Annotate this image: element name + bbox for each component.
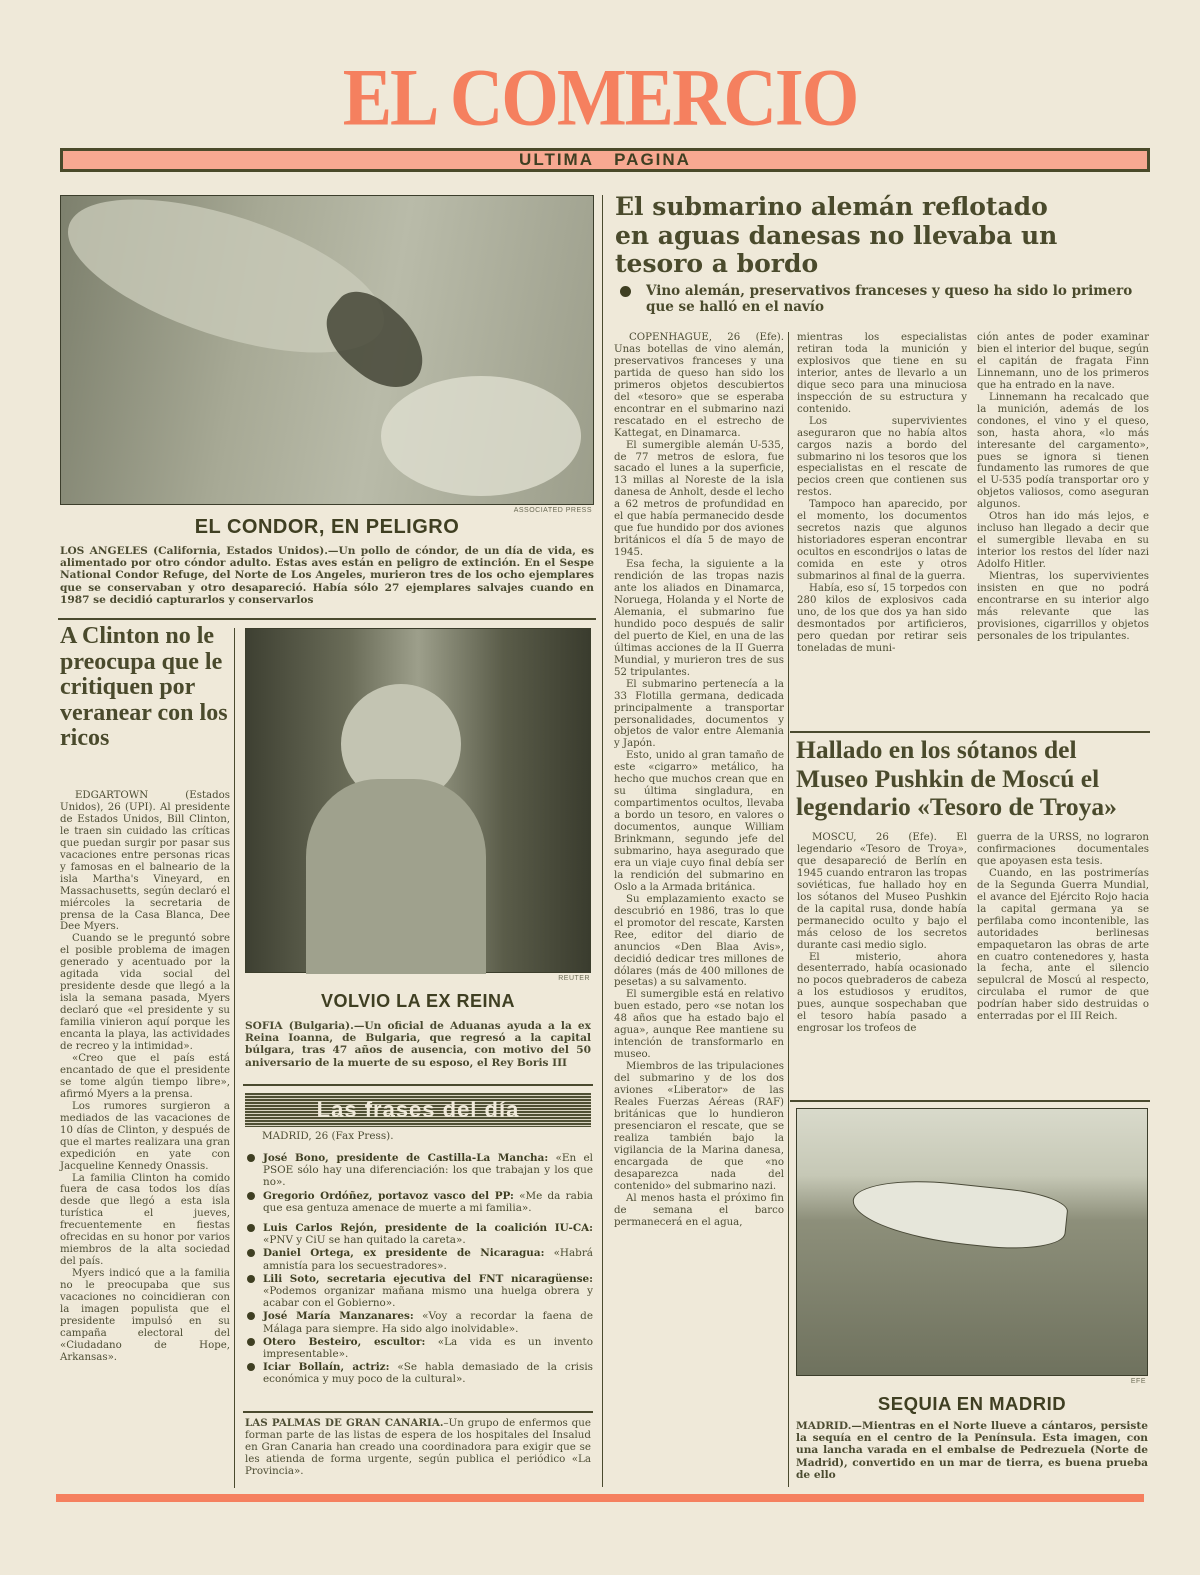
divider <box>788 332 789 1487</box>
frases-dateline: MADRID, 26 (Fax Press). <box>262 1131 582 1143</box>
paragraph: La familia Clinton ha comido fuera de ca… <box>60 1173 230 1269</box>
frase-item: Luis Carlos Rejón, presidente de la coal… <box>243 1222 593 1246</box>
frase-speaker: Iciar Bollaín, actriz: <box>263 1361 389 1373</box>
bullet-icon <box>247 1224 255 1232</box>
paragraph: Linnemann ha recalcado que la munición, … <box>977 392 1149 512</box>
divider <box>58 618 596 620</box>
paragraph: MOSCU, 26 (Efe). El legendario «Tesoro d… <box>797 832 967 952</box>
troya-headline: Hallado en los sótanos del Museo Pushkin… <box>796 736 1148 822</box>
troya-column-1: MOSCU, 26 (Efe). El legendario «Tesoro d… <box>797 832 967 1035</box>
frase-speaker: Gregorio Ordóñez, portavoz vasco del PP: <box>263 1190 514 1202</box>
bullet-icon <box>247 1363 255 1371</box>
submarino-subhead-text: Vino alemán, preservativos franceses y q… <box>646 283 1132 315</box>
boat-shape <box>849 1173 1069 1255</box>
paragraph: El submarino pertenecía a la 33 Flotilla… <box>614 679 784 751</box>
paragraph: Esto, unido al gran tamaño de este «ciga… <box>614 750 784 893</box>
clinton-column: EDGARTOWN (Estados Unidos), 26 (UPI). Al… <box>60 790 230 1364</box>
paragraph: Los supervivientes aseguraron que no hab… <box>797 416 967 500</box>
divider <box>790 731 1150 733</box>
paragraph: guerra de la URSS, no lograron confirmac… <box>977 832 1149 868</box>
sequia-photo-credit: EFE <box>1050 1378 1146 1385</box>
sequia-photo <box>796 1108 1148 1376</box>
frase-quote: «PNV y CiU se han quitado la careta». <box>263 1234 466 1246</box>
masthead-title: EL COMERCIO <box>0 52 1200 146</box>
figure-shape <box>306 779 486 974</box>
paragraph: Miembros de las tripulaciones del submar… <box>614 1061 784 1192</box>
bullet-icon <box>247 1312 255 1320</box>
paragraph: Los rumores surgieron a mediados de las … <box>60 1101 230 1173</box>
paragraph: Myers indicó que a la familia no le preo… <box>60 1268 230 1364</box>
submarino-column-2: mientras los especialistas retiran toda … <box>797 332 967 655</box>
frase-quote: «Podemos organizar mañana mismo una huel… <box>263 1285 593 1309</box>
frases-list: José Bono, presidente de Castilla-La Man… <box>243 1152 593 1387</box>
frases-banner: Las frases del día <box>245 1093 591 1127</box>
bullet-icon <box>247 1275 255 1283</box>
reina-photo-credit: REUTER <box>490 975 590 982</box>
bullet-icon <box>247 1249 255 1257</box>
frase-item: José Bono, presidente de Castilla-La Man… <box>243 1152 593 1189</box>
sequia-caption-title: SEQUIA EN MADRID <box>796 1393 1148 1415</box>
paragraph: EDGARTOWN (Estados Unidos), 26 (UPI). Al… <box>60 790 230 933</box>
las-palmas-lead: LAS PALMAS DE GRAN CANARIA. <box>245 1417 443 1429</box>
paragraph: Su emplazamiento exacto se descubrió en … <box>614 894 784 990</box>
reina-caption-title: VOLVIO LA EX REINA <box>245 991 591 1012</box>
bullet-icon <box>247 1192 255 1200</box>
frase-speaker: Daniel Ortega, ex presidente de Nicaragu… <box>263 1247 544 1259</box>
condor-caption: LOS ANGELES (California, Estados Unidos)… <box>60 545 594 606</box>
clinton-headline: A Clinton no le preocupa que le critique… <box>60 624 230 752</box>
condor-caption-title: EL CONDOR, EN PELIGRO <box>60 516 594 539</box>
frase-item: José María Manzanares: «Voy a recordar l… <box>243 1310 593 1334</box>
reina-photo <box>245 628 591 973</box>
divider <box>243 1411 593 1413</box>
troya-column-2: guerra de la URSS, no lograron confirmac… <box>977 832 1149 1023</box>
paragraph: El misterio, ahora desenterrado, había o… <box>797 952 967 1036</box>
paragraph: Tampoco han aparecido, por el momento, l… <box>797 499 967 583</box>
paragraph: Cuando se le preguntó sobre el posible p… <box>60 933 230 1053</box>
condor-photo <box>60 195 594 505</box>
bottom-accent-bar <box>56 1494 1144 1502</box>
paragraph: «Creo que el país está encantado de que … <box>60 1053 230 1101</box>
paragraph: El sumergible está en relativo buen esta… <box>614 989 784 1061</box>
frase-item: Daniel Ortega, ex presidente de Nicaragu… <box>243 1247 593 1271</box>
divider <box>243 1084 593 1086</box>
paragraph: Había, eso sí, 15 torpedos con 280 kilos… <box>797 583 967 655</box>
bullet-icon <box>247 1154 255 1162</box>
frase-item: Iciar Bollaín, actriz: «Se habla demasia… <box>243 1361 593 1385</box>
paragraph: El sumergible alemán U-535, de 77 metros… <box>614 440 784 560</box>
condor-photo-credit: ASSOCIATED PRESS <box>400 507 592 514</box>
bullet-icon <box>620 286 631 297</box>
frase-item: Otero Besteiro, escultor: «La vida es un… <box>243 1336 593 1360</box>
divider <box>790 1100 1150 1102</box>
frase-speaker: José María Manzanares: <box>263 1310 414 1322</box>
paragraph: mientras los especialistas retiran toda … <box>797 332 967 416</box>
bullet-icon <box>247 1338 255 1346</box>
submarino-column-3: ción antes de poder examinar bien el int… <box>977 332 1149 643</box>
frase-item: Gregorio Ordóñez, portavoz vasco del PP:… <box>243 1190 593 1214</box>
paragraph: Al menos hasta el próximo fin de semana … <box>614 1193 784 1229</box>
frase-speaker: Luis Carlos Rejón, presidente de la coal… <box>263 1222 593 1234</box>
divider <box>602 195 603 1487</box>
paragraph: COPENHAGUE, 26 (Efe). Unas botellas de v… <box>614 332 784 440</box>
paragraph: Cuando, en las postrimerías de la Segund… <box>977 868 1149 1023</box>
submarino-column-1: COPENHAGUE, 26 (Efe). Unas botellas de v… <box>614 332 784 1228</box>
submarino-headline: El submarino alemán reflotado en aguas d… <box>615 193 1065 279</box>
paragraph: Esa fecha, la siguiente a la rendición d… <box>614 559 784 679</box>
divider <box>234 628 235 1488</box>
section-bar: ULTIMA PAGINA <box>60 148 1150 172</box>
sequia-caption: MADRID.—Mientras en el Norte llueve a cá… <box>796 1420 1148 1481</box>
las-palmas-brief: LAS PALMAS DE GRAN CANARIA.–Un grupo de … <box>245 1418 591 1478</box>
paragraph: ción antes de poder examinar bien el int… <box>977 332 1149 392</box>
frase-speaker: Otero Besteiro, escultor: <box>263 1336 425 1348</box>
submarino-subhead: Vino alemán, preservativos franceses y q… <box>616 283 1146 315</box>
frase-speaker: José Bono, presidente de Castilla-La Man… <box>263 1152 548 1164</box>
frase-item: Lili Soto, secretaria ejecutiva del FNT … <box>243 1273 593 1310</box>
frase-speaker: Lili Soto, secretaria ejecutiva del FNT … <box>263 1273 593 1285</box>
paragraph: Mientras, los supervivientes insisten en… <box>977 571 1149 643</box>
paragraph: Otros han ido más lejos, e incluso han l… <box>977 511 1149 571</box>
reina-caption: SOFIA (Bulgaria).—Un oficial de Aduanas … <box>245 1020 591 1069</box>
